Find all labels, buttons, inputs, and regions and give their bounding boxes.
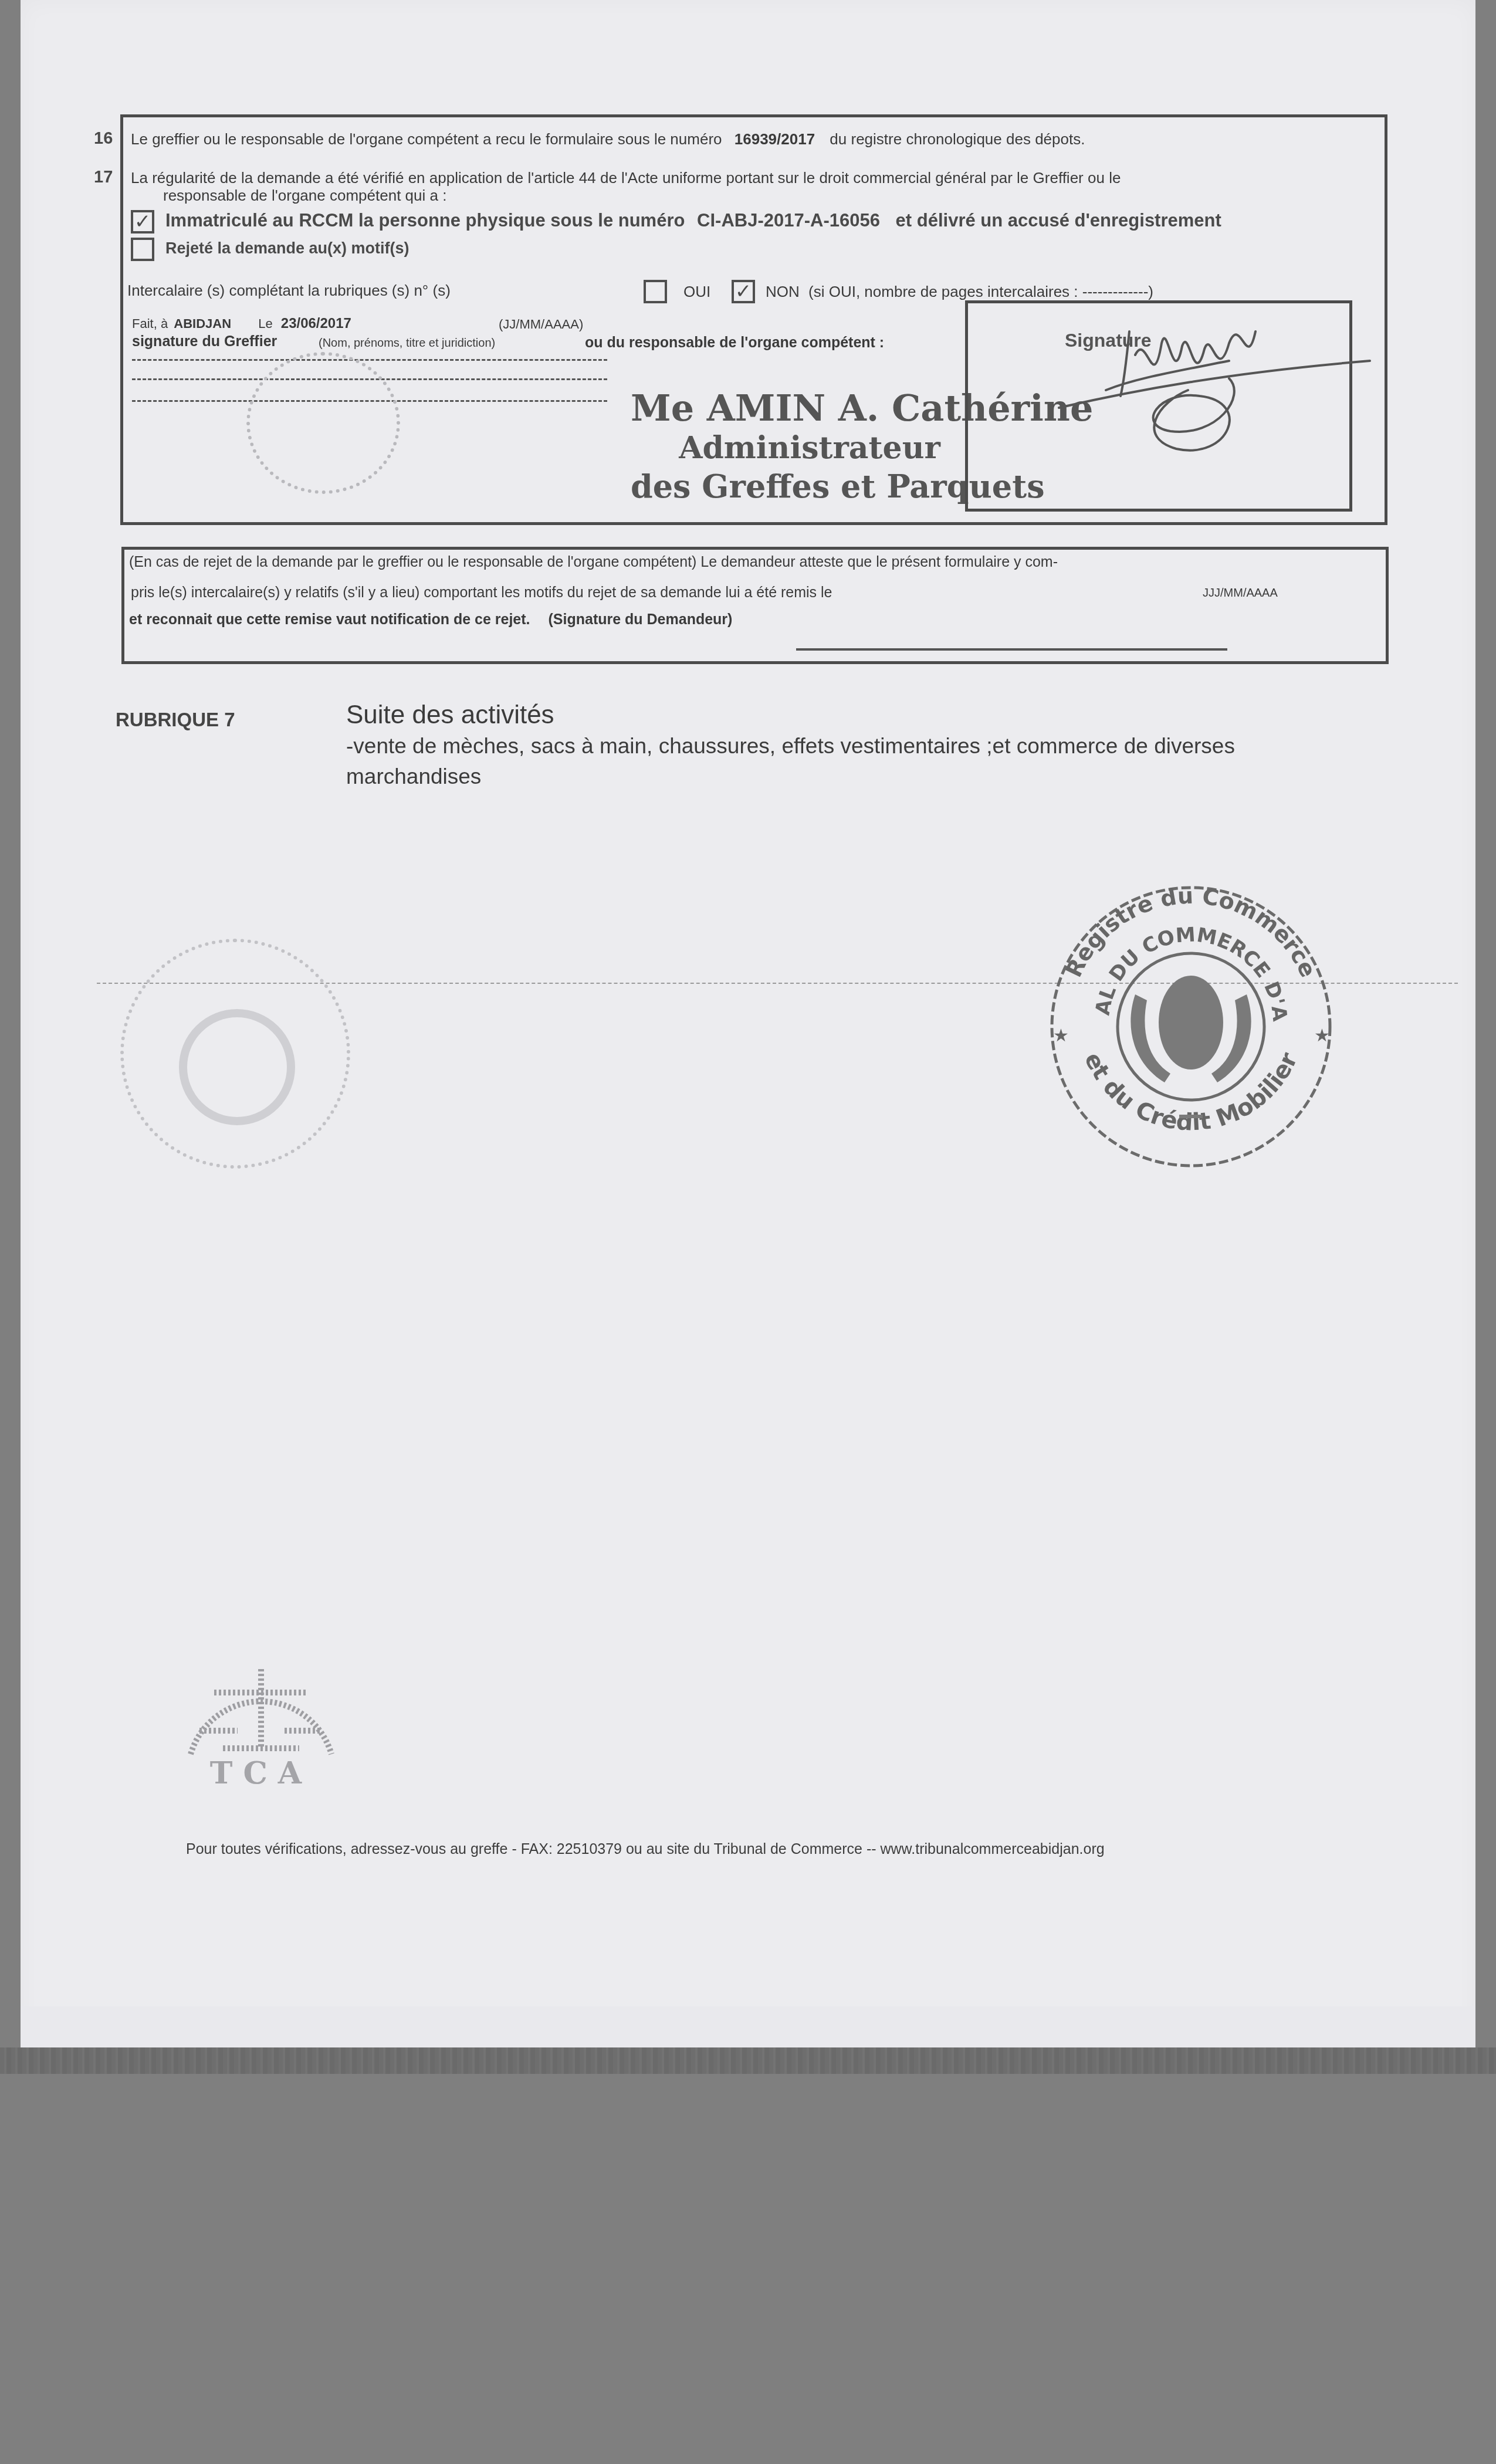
check-icon: ✓ [735, 280, 752, 303]
rccm-number: CI-ABJ-2017-A-16056 [697, 210, 880, 231]
registered-label-before: Immatriculé au RCCM la personne physique… [165, 210, 685, 231]
signature-line-1 [132, 359, 607, 361]
registered-option-label: Immatriculé au RCCM la personne physique… [165, 210, 1221, 231]
responsible-label: ou du responsable de l'organe compétent … [585, 334, 884, 351]
non-text: NON [766, 283, 800, 300]
tca-stamp-icon: TCA [173, 1643, 349, 1795]
stamp-name-line-2: Administrateur [631, 429, 989, 467]
date-format: (JJ/MM/AAAA) [499, 317, 583, 332]
stamp-name-line-1: Me AMIN A. Cathérine [631, 387, 989, 429]
registry-number: 16939/2017 [735, 130, 815, 148]
administrator-stamp: Me AMIN A. Cathérine Administrateur des … [631, 387, 989, 506]
section-17-number: 17 [94, 168, 113, 187]
rejection-acknowledgement: et reconnait que cette remise vaut notif… [129, 611, 530, 628]
stamp-name-line-3: des Greffes et Parquets [631, 467, 989, 506]
scanner-edge-strip [0, 2047, 1496, 2074]
svg-text:TCA: TCA [210, 1755, 312, 1791]
rejection-date-format: JJJ/MM/AAAA [1203, 587, 1278, 600]
section-17-line1: La régularité de la demande a été vérifi… [131, 169, 1121, 187]
section-16-text: Le greffier ou le responsable de l'organ… [131, 130, 1085, 148]
rejected-checkbox[interactable] [131, 238, 154, 261]
registered-checkbox[interactable]: ✓ [131, 210, 154, 233]
section-16-number: 16 [94, 129, 113, 148]
greffier-signature-label: signature du Greffier [132, 333, 277, 350]
tribunal-seal-icon: Registre du Commerce TRIBUNAL DU COMMERC… [1030, 865, 1358, 1182]
fait-label: Fait, à [132, 316, 168, 331]
applicant-signature-line [796, 648, 1227, 651]
intercalaire-label: Intercalaire (s) complétant la rubriques… [127, 282, 451, 300]
check-icon: ✓ [134, 211, 151, 233]
registered-label-after: et délivré un accusé d'enregistrement [896, 210, 1221, 231]
applicant-signature-label: (Signature du Demandeur) [549, 611, 733, 628]
section-16-text-after: du registre chronologique des dépots. [830, 130, 1085, 148]
oui-checkbox[interactable] [644, 280, 667, 303]
scanned-page: 16 Le greffier ou le responsable de l'or… [21, 0, 1475, 2049]
pages-note: (si OUI, nombre de pages intercalaires :… [808, 283, 1153, 300]
non-checkbox[interactable]: ✓ [732, 280, 755, 303]
rubrique-7-heading: RUBRIQUE 7 [116, 709, 235, 731]
le-label: Le [258, 316, 272, 331]
oui-label: OUI [683, 283, 710, 301]
footer-verification-note: Pour toutes vérifications, adressez-vous… [186, 1841, 1105, 1858]
ghost-seal-left-inner [179, 1009, 295, 1125]
rejection-line-1: (En cas de rejet de la demande par le gr… [129, 554, 1058, 571]
rejection-line-2: pris le(s) intercalaire(s) y relatifs (s… [131, 584, 832, 601]
bottom-scan-line [97, 2011, 1458, 2013]
fait-line: Fait, à ABIDJAN Le 23/06/2017 [132, 316, 351, 332]
date: 23/06/2017 [281, 316, 351, 331]
handwritten-signature-icon [1053, 308, 1382, 461]
rejection-line-3: et reconnait que cette remise vaut notif… [129, 611, 732, 628]
city: ABIDJAN [174, 316, 231, 331]
rejected-option-label: Rejeté la demande au(x) motif(s) [165, 239, 409, 258]
non-label: NON (si OUI, nombre de pages intercalair… [766, 283, 1153, 301]
section-17-line2: responsable de l'organe compétent qui a … [163, 187, 446, 205]
svg-text:★: ★ [1314, 1025, 1330, 1046]
svg-text:★: ★ [1053, 1025, 1069, 1046]
section-16-text-before: Le greffier ou le responsable de l'organ… [131, 130, 722, 148]
name-hint: (Nom, prénoms, titre et juridiction) [319, 337, 495, 350]
tca-stamp-ghost-top [246, 352, 400, 494]
activities-title: Suite des activités [346, 700, 554, 730]
activities-text-line-1: -vente de mèches, sacs à main, chaussure… [346, 731, 1235, 761]
activities-text-line-2: marchandises [346, 761, 481, 792]
